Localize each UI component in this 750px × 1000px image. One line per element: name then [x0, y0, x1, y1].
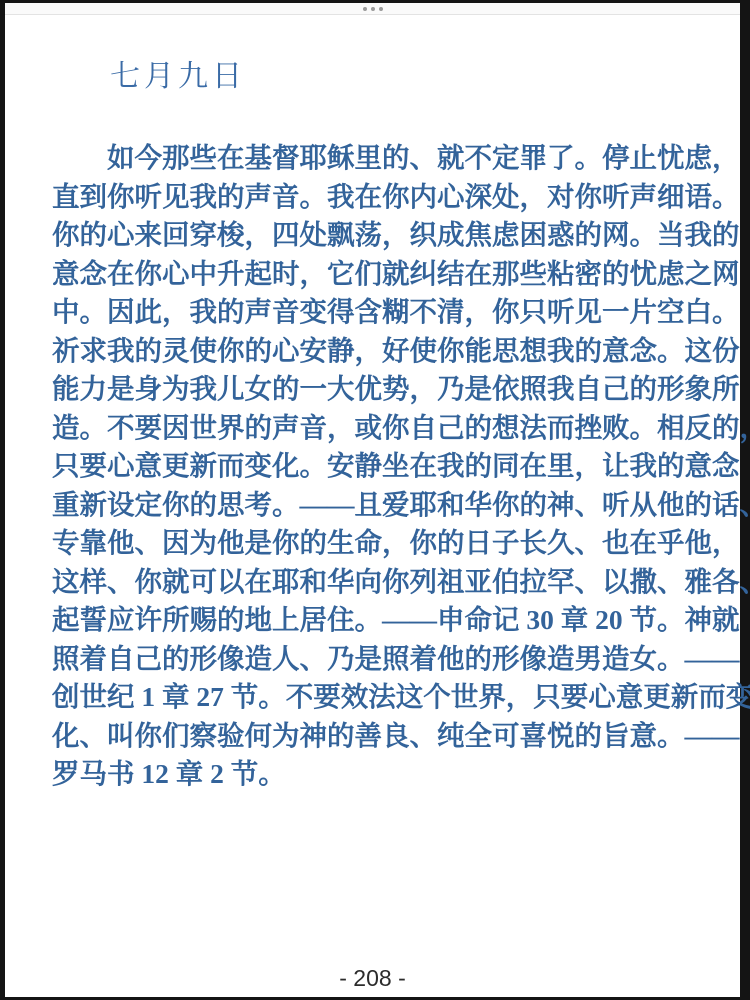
paragraph-line: 中。因此，我的声音变得含糊不清，你只听见一片空白。: [52, 293, 700, 332]
paragraph-line: 只要心意更新而变化。安静坐在我的同在里，让我的意念: [52, 447, 700, 486]
page-title: 七月九日: [110, 59, 246, 95]
paragraph-line: 意念在你心中升起时，它们就纠结在那些粘密的忧虑之网: [52, 255, 700, 294]
paragraph-line: 祈求我的灵使你的心安静，好使你能思想我的意念。这份: [52, 332, 700, 371]
paragraph-line: 这样、你就可以在耶和华向你列祖亚伯拉罕、以撒、雅各、: [52, 563, 700, 602]
paragraph-line: 创世纪 1 章 27 节。不要效法这个世界，只要心意更新而变: [52, 678, 700, 717]
paragraph-line: 罗马书 12 章 2 节。: [52, 755, 700, 794]
paragraph-line: 化、叫你们察验何为神的善良、纯全可喜悦的旨意。——: [52, 717, 700, 756]
paragraph-line: 照着自己的形像造人、乃是照着他的形像造男造女。——: [52, 640, 700, 679]
article-body: 如今那些在基督耶稣里的、就不定罪了。停止忧虑，直到你听见我的声音。我在你内心深处…: [52, 139, 700, 794]
paragraph-line: 直到你听见我的声音。我在你内心深处，对你听声细语。: [52, 178, 700, 217]
paragraph-line: 你的心来回穿梭，四处飘荡，织成焦虑困惑的网。当我的: [52, 216, 700, 255]
paragraph-line: 起誓应许所赐的地上居住。——申命记 30 章 20 节。神就: [52, 601, 700, 640]
sheet-handle-bar[interactable]: [5, 3, 740, 15]
paragraph-line: 如今那些在基督耶稣里的、就不定罪了。停止忧虑，: [52, 139, 700, 178]
paragraph-line: 能力是身为我儿女的一大优势，乃是依照我自己的形象所: [52, 370, 700, 409]
paragraph-line: 重新设定你的思考。——且爱耶和华你的神、听从他的话、: [52, 486, 700, 525]
more-dots-icon[interactable]: [363, 7, 383, 11]
page-number: - 208 -: [5, 965, 740, 992]
paragraph-line: 造。不要因世界的声音，或你自己的想法而挫败。相反的，: [52, 409, 700, 448]
paragraph-line: 专靠他、因为他是你的生命，你的日子长久、也在乎他，: [52, 524, 700, 563]
book-page: 七月九日 如今那些在基督耶稣里的、就不定罪了。停止忧虑，直到你听见我的声音。我在…: [5, 15, 740, 997]
